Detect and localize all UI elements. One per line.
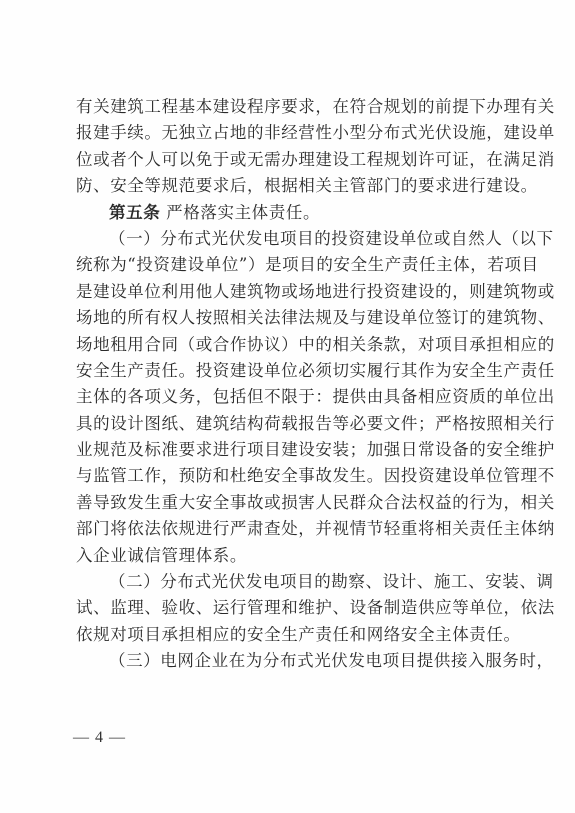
clause-1-line: 部门将依法依规进行严肃查处，并视情节轻重将相关责任主体纳 (76, 516, 510, 542)
paragraph-line: 有关建筑工程基本建设程序要求，在符合规划的前提下办理有关 (76, 94, 510, 120)
clause-1-line: 安全生产责任。投资建设单位必须切实履行其作为安全生产责任 (76, 358, 510, 384)
clause-1-line: 业规范及标准要求进行项目建设安装；加强日常设备的安全维护 (76, 437, 510, 463)
clause-2-line: 依规对项目承担相应的安全生产责任和网络安全主体责任。 (76, 622, 510, 648)
clause-1-line: 是建设单位利用他人建筑物或场地进行投资建设的，则建筑物或 (76, 279, 510, 305)
paragraph-line: 报建手续。无独立占地的非经营性小型分布式光伏设施，建设单 (76, 120, 510, 146)
clause-1-line: 与监管工作，预防和杜绝安全事故发生。因投资建设单位管理不 (76, 463, 510, 489)
clause-1-line: 具的设计图纸、建筑结构荷载报告等必要文件；严格按照相关行 (76, 411, 510, 437)
clause-3-line: （三）电网企业在为分布式光伏发电项目提供接入服务时， (76, 648, 510, 674)
clause-1-line: 场地的所有权人按照相关法律法规及与建设单位签订的建筑物、 (76, 305, 510, 331)
article-heading: 第五条 严格落实主体责任。 (76, 200, 510, 226)
paragraph-line: 防、安全等规范要求后，根据相关主管部门的要求进行建设。 (76, 173, 510, 199)
clause-2-line: 试、监理、验收、运行管理和维护、设备制造供应等单位，依法 (76, 595, 510, 621)
page-number: — 4 — (73, 729, 126, 747)
clause-1-line: 善导致发生重大安全事故或损害人民群众合法权益的行为，相关 (76, 490, 510, 516)
clause-1-line: 统称为“投资建设单位”）是项目的安全生产责任主体，若项目 (76, 252, 510, 278)
article-number: 第五条 (109, 203, 160, 222)
clause-1-line: （一）分布式光伏发电项目的投资建设单位或自然人（以下 (76, 226, 510, 252)
clause-2-line: （二）分布式光伏发电项目的勘察、设计、施工、安装、调 (76, 569, 510, 595)
article-title: 严格落实主体责任。 (166, 203, 320, 222)
clause-1-line: 场地租用合同（或合作协议）中的相关条款，对项目承担相应的 (76, 332, 510, 358)
clause-1-line: 入企业诚信管理体系。 (76, 543, 510, 569)
document-body: 有关建筑工程基本建设程序要求，在符合规划的前提下办理有关 报建手续。无独立占地的… (76, 94, 510, 675)
document-page: 有关建筑工程基本建设程序要求，在符合规划的前提下办理有关 报建手续。无独立占地的… (0, 0, 575, 813)
paragraph-line: 位或者个人可以免于或无需办理建设工程规划许可证，在满足消 (76, 147, 510, 173)
clause-1-line: 主体的各项义务，包括但不限于：提供由具备相应资质的单位出 (76, 384, 510, 410)
